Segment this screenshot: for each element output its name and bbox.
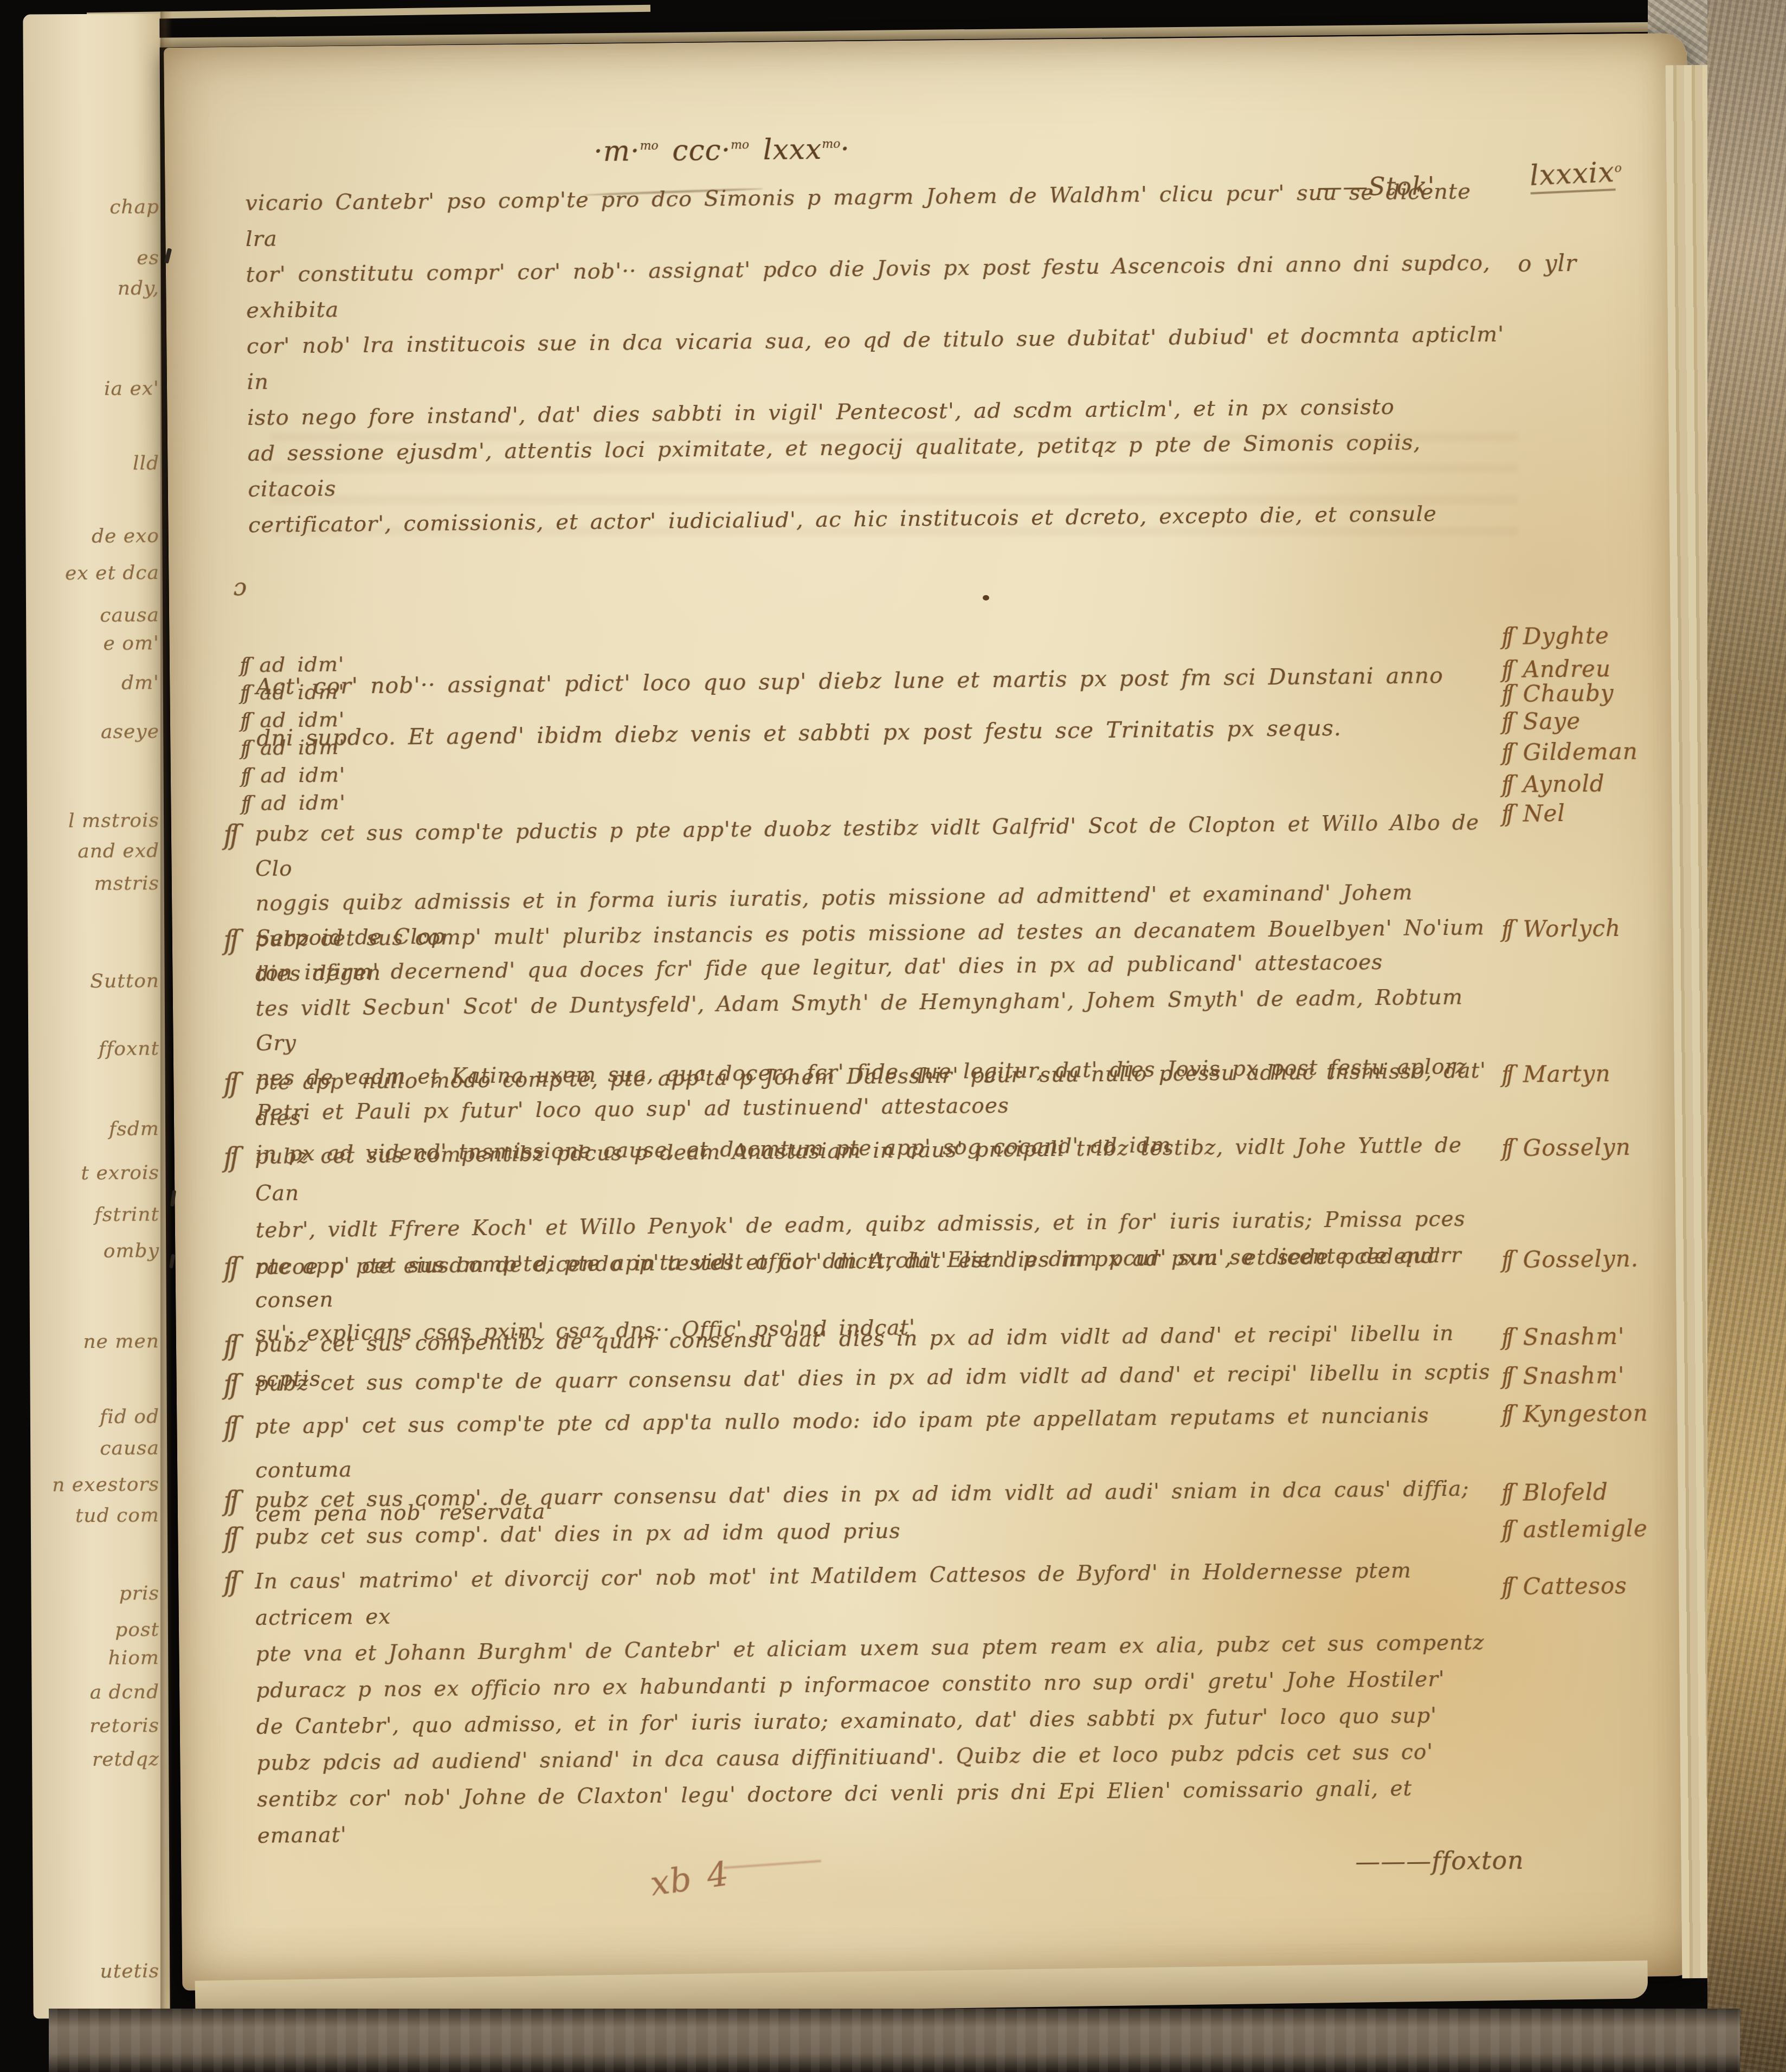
paraph-mark: ſſ [241,791,249,815]
paraph-mark: ſſ [1501,656,1511,683]
paraph-mark: ſſ [223,1405,236,1449]
margin-name: ſſ Worlych [1501,915,1621,943]
act-paragraph-1: vicario Cantebr' pso comp'te pro dco Sim… [245,173,1517,543]
paraph-mark: ſſ [240,736,248,760]
ad-idem-list: ſſad idm' ſſad idm' ſſad idm' ſſad idm' … [240,652,346,819]
paraph-mark: ſſ [240,653,248,677]
facing-page-fragment: ndy, [30,277,159,300]
paraph-mark: ſſ [223,922,236,957]
facing-page-fragment: tud com [30,1504,159,1527]
paraph-mark: ſſ [1501,916,1511,943]
margin-name: ſſ Snashm' [1501,1323,1625,1351]
facing-page-fragment: retoris [30,1714,159,1738]
section-mark: ɔ [233,561,247,613]
paraph-mark: ſſ [1501,1324,1511,1351]
paraph-mark: ſſ [223,1250,236,1284]
facing-page-fragment: fstrint [30,1203,159,1227]
paraph-mark: ſſ [240,708,248,732]
folio-number: lxxxixo [1530,157,1622,193]
facing-page-fragment: es [30,247,159,270]
ad-idem-row: ſſad idm' [240,652,345,681]
margin-name-label: Andreu [1523,655,1611,683]
margin-name-label: Gosselyn. [1523,1245,1639,1273]
margin-name-label: Gosselyn [1523,1134,1630,1161]
margin-name: ſſ Snashm' [1501,1362,1625,1390]
facing-page-fragment: causa [30,604,159,627]
facing-page-fragment: mstris [30,872,159,895]
margin-name: ſſ Andreu [1501,655,1611,683]
facing-page-fragment: chap [30,196,159,219]
margin-name: ſſ astlemigle [1501,1515,1648,1543]
year-lxxx: lxxx [763,133,822,166]
paraph-mark: ſſ [223,1328,236,1363]
margin-name: ſſ Dyghte [1501,622,1609,650]
year-end: · [840,133,850,165]
paraph-mark: ſſ [223,1065,236,1101]
margin-name-label: Aynold [1523,770,1604,797]
facing-page-fragment: causa [30,1437,159,1460]
paraph-mark: ſſ [223,1520,236,1555]
margin-name: ſſ Gosselyn. [1501,1245,1639,1273]
margin-name-label: Saye [1523,708,1581,735]
paraph-mark: ſſ [1501,801,1511,827]
margin-name: ſſ Gosselyn [1501,1134,1631,1161]
margin-name-label: Chauby [1523,680,1614,707]
folio-sup: o [1615,162,1622,175]
margin-name: ſſ Cattesos [1501,1572,1627,1600]
facing-page-fragment: pris [30,1582,159,1605]
facing-page-fragment: ex et dca [30,561,159,585]
binding-board-right [1707,0,1786,2072]
facing-page-fragment: ia ex' [30,377,159,401]
facing-page-fragment: ffoxnt [30,1037,159,1061]
paraph-mark: ſſ [223,1483,236,1518]
facing-page-fragment: fsdm [30,1118,159,1141]
margin-name: ſſ Martyn [1501,1060,1611,1088]
year-ccc: ccc· [672,134,731,167]
facing-page-fragment: n exestors [30,1473,159,1496]
paraph-mark: ſſ [241,764,249,788]
margin-name: ſſ Aynold [1501,770,1605,798]
paraph-mark: ſſ [1501,1573,1511,1600]
ad-idem-label: ad idm' [259,652,344,677]
paraph-mark: ſſ [223,817,236,852]
binding-cloth-bottom [49,2009,1740,2072]
ad-idem-row: ſſad idm' [241,763,346,791]
margin-name-label: astlemigle [1523,1515,1648,1542]
paraph-mark: ſſ [1501,1247,1511,1273]
paraph-mark: ſſ [240,681,248,705]
margin-name: ſſ Chauby [1501,680,1614,707]
ad-idem-row: ſſad idm' [240,735,345,764]
paraph-mark: ſſ [1501,1480,1511,1506]
facing-page-fragment: hiom [30,1647,159,1670]
year-sup: mo [822,138,840,151]
margin-name: ſſ Blofeld [1501,1479,1608,1506]
act-paragraph-2-text: Act' cor' nob'·· assignat' pdict' loco q… [256,662,1443,751]
paraph-mark: ſſ [1501,1135,1511,1161]
facing-page-fragment: dm' [30,672,159,695]
margin-name: ſſ Saye [1501,708,1581,735]
clerk-signature: ———ffoxton [1355,1845,1524,1876]
margin-name-label: Kyngeston [1523,1399,1648,1427]
court-entry: ſſIn caus' matrimo' et divorcij cor' nob… [255,1552,1504,1854]
facing-page-fragment: l mstrois [30,809,159,832]
facing-page-fragment: t exrois [30,1161,159,1185]
ad-idem-row: ſſad idm' [240,707,345,736]
paraph-mark: ſſ [1501,1061,1511,1088]
margin-name: ſſ Kyngeston [1501,1399,1648,1428]
facing-page-fragment: aseye [30,720,159,744]
facing-page-fragment: and exd [30,840,159,863]
paraph-mark: ſſ [1501,623,1511,650]
ad-idem-row: ſſad idm' [241,790,346,819]
margin-name-label: Blofeld [1523,1479,1608,1506]
ad-idem-label: ad idm' [260,707,345,732]
paraph-mark: ſſ [1501,771,1511,798]
paraph-mark: ſſ [1501,1516,1511,1543]
ad-idem-row: ſſad idm' [240,680,345,708]
margin-name: ſſ Nel [1501,800,1565,827]
margin-name: ſſ Gildeman [1501,738,1638,766]
margin-name-label: Snashm' [1523,1362,1624,1390]
facing-page-fragment: fid od [30,1405,159,1429]
paraph-mark: ſſ [1501,1401,1511,1428]
paraph-mark: ſſ [223,1139,236,1176]
facing-page-fragment: utetis [30,1960,159,1983]
year-m: ·m· [594,135,640,168]
margin-name-label: Dyghte [1523,622,1609,650]
year-sup: mo [731,138,749,152]
margin-name-label: Martyn [1523,1060,1610,1088]
ad-idem-label: ad idm' [260,735,345,760]
margin-name-label: Cattesos [1523,1572,1627,1600]
facing-page-fragment: ne men [30,1330,159,1353]
year-sup: mo [640,139,658,153]
folio-subnote: o ylr [1518,250,1577,277]
margin-name-label: Nel [1523,800,1565,827]
facing-page-fragment: e om' [30,632,159,655]
margin-name-label: Snashm' [1523,1323,1624,1351]
manuscript-photo: chap es ndy, ia ex' lld de exo ex et dca… [0,0,1786,2072]
facing-page-fragment: retdqz [30,1748,159,1771]
ad-idem-label: ad idm' [261,790,346,815]
paraph-mark: ſſ [1501,739,1511,766]
act-paragraph-2: ɔ Act' cor' nob'·· assignat' pdict' loco… [255,546,1525,764]
year-heading: ·m·mo ccc·mo lxxxmo· [594,133,850,168]
paraph-mark: ſſ [1501,708,1511,735]
facing-page-fragment: de exo [30,525,159,548]
folio-digits: lxxxix [1529,156,1615,195]
ad-idem-label: ad idm' [260,763,345,788]
paraph-mark: ſſ [223,1367,236,1402]
margin-name-label: Gildeman [1523,738,1638,766]
margin-name-label: Worlych [1523,915,1621,943]
facing-page-fragment: Sutton [30,970,159,993]
facing-page-fragment: omby [30,1240,159,1263]
facing-page-fragment: lld [30,452,159,475]
facing-page-fragment: a dcnd [30,1681,159,1704]
paraph-mark: ſſ [223,1564,236,1600]
facing-page-fragment: post [30,1618,159,1642]
paraph-mark: ſſ [1501,1363,1511,1390]
entry-text: In caus' matrimo' et divorcij cor' nob m… [255,1552,1504,1854]
paraph-mark: ſſ [1501,681,1511,707]
ad-idem-label: ad idm' [260,680,345,705]
